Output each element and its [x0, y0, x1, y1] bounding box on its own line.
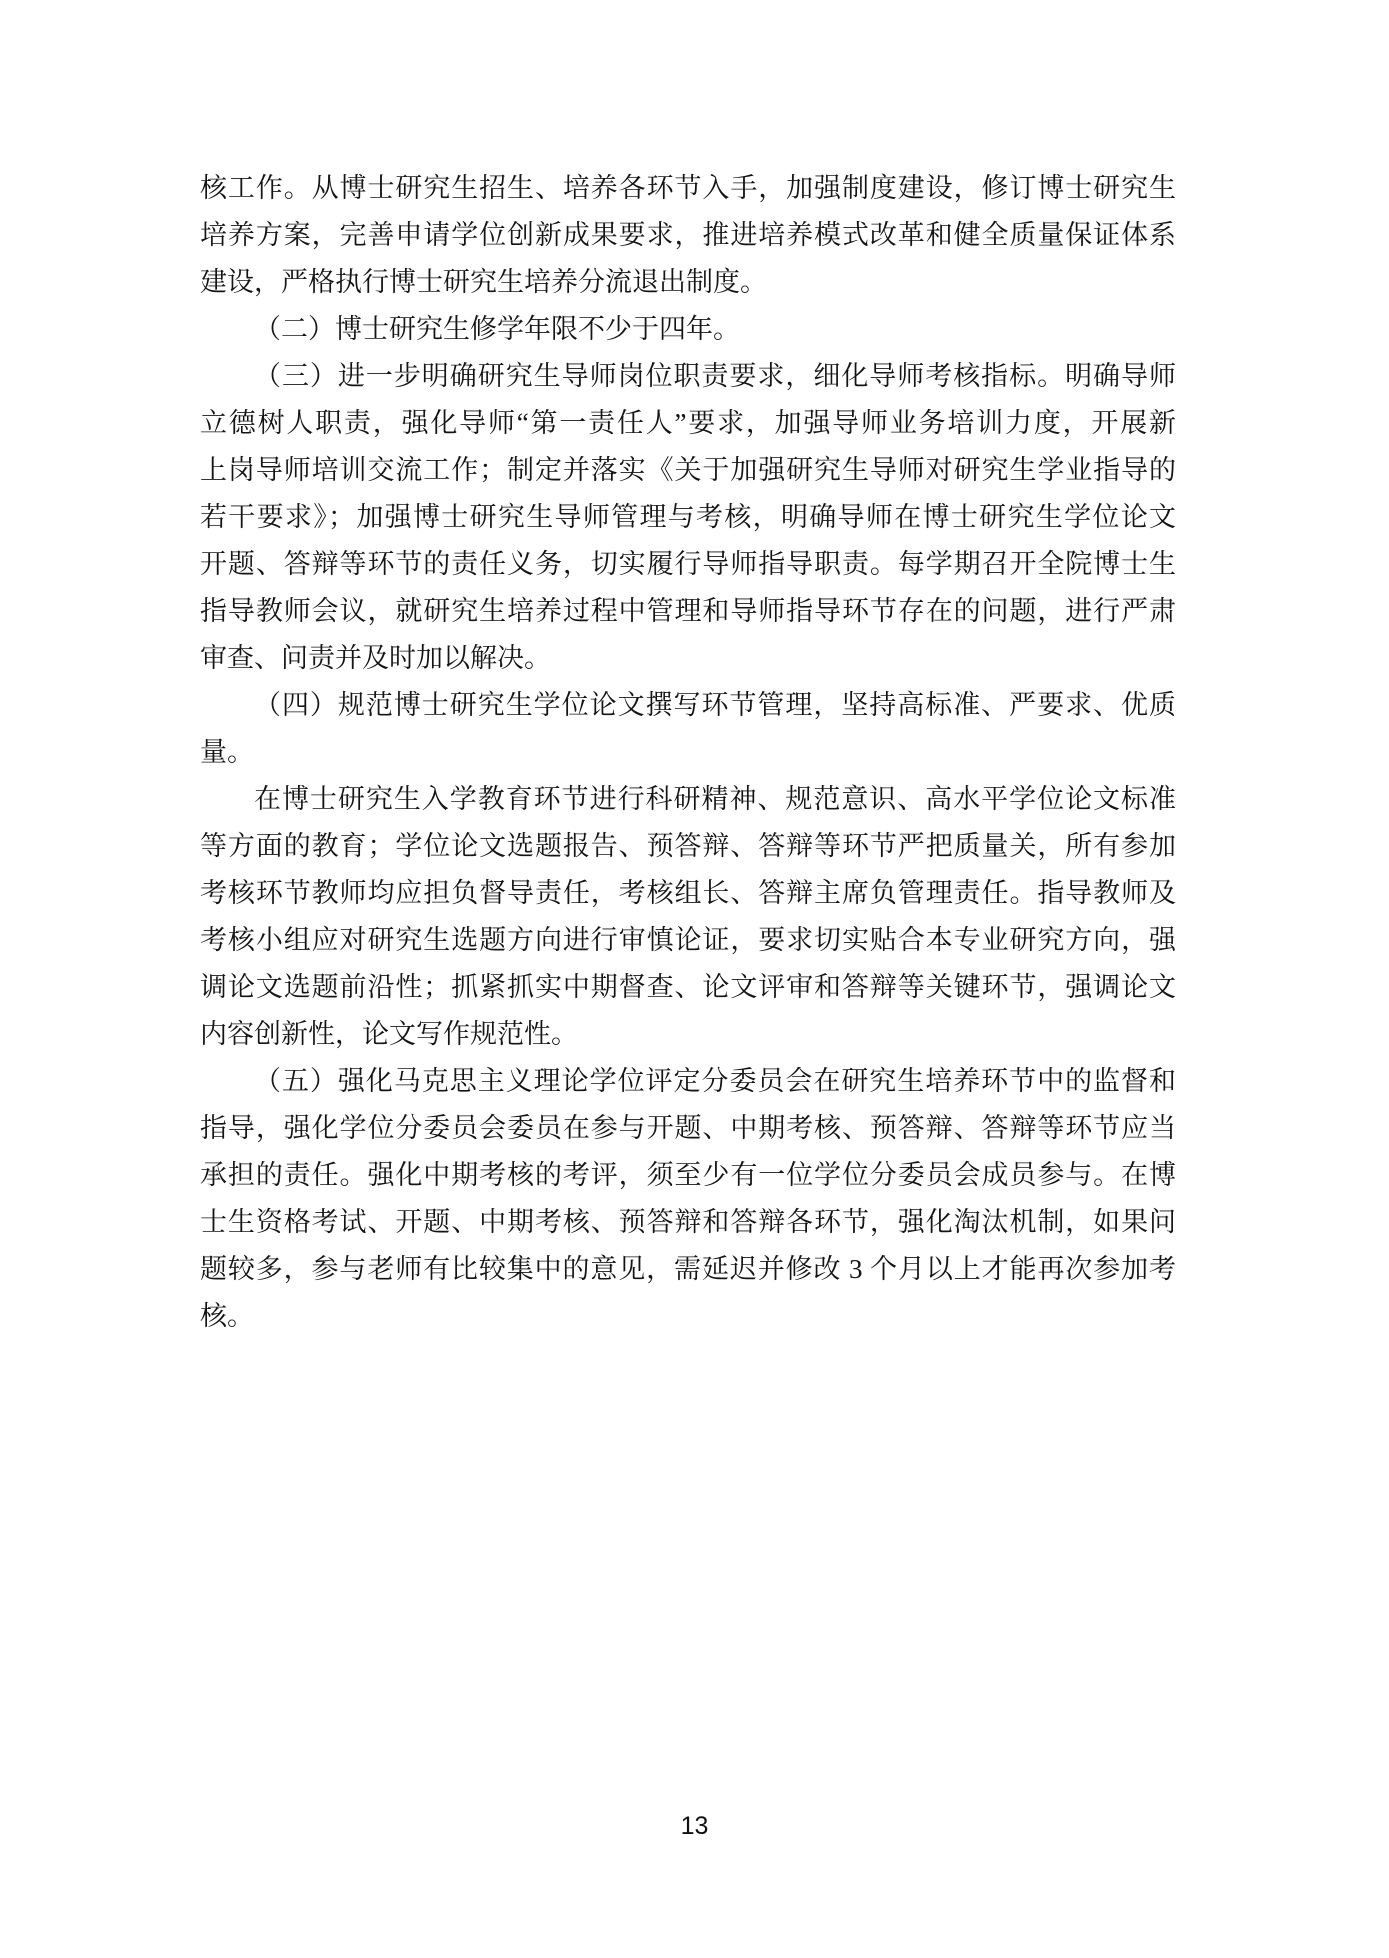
text-line: 承担的责任。强化中期考核的考评，须至少有一位学位分委员会成员参与。在博 [200, 1152, 1176, 1199]
text-line: 指导教师会议，就研究生培养过程中管理和导师指导环节存在的问题，进行严肃 [200, 588, 1176, 635]
page-number: 13 [0, 1812, 1389, 1841]
text-line: （二）博士研究生修学年限不少于四年。 [200, 306, 1176, 353]
paragraph: （五）强化马克思主义理论学位评定分委员会在研究生培养环节中的监督和指导，强化学位… [200, 1058, 1176, 1340]
document-page: 核工作。从博士研究生招生、培养各环节入手，加强制度建设，修订博士研究生培养方案，… [0, 0, 1389, 1958]
text-line: 核工作。从博士研究生招生、培养各环节入手，加强制度建设，修订博士研究生 [200, 165, 1176, 212]
text-line: 立德树人职责，强化导师“第一责任人”要求，加强导师业务培训力度，开展新 [200, 400, 1176, 447]
text-line: 在博士研究生入学教育环节进行科研精神、规范意识、高水平学位论文标准 [200, 776, 1176, 823]
text-line: 审查、问责并及时加以解决。 [200, 635, 1176, 682]
text-line: 上岗导师培训交流工作；制定并落实《关于加强研究生导师对研究生学业指导的 [200, 447, 1176, 494]
text-line: 士生资格考试、开题、中期考核、预答辩和答辩各环节，强化淘汰机制，如果问 [200, 1199, 1176, 1246]
text-line: （三）进一步明确研究生导师岗位职责要求，细化导师考核指标。明确导师 [200, 353, 1176, 400]
text-line: 量。 [200, 729, 1176, 776]
text-line: 若干要求》；加强博士研究生导师管理与考核，明确导师在博士研究生学位论文 [200, 494, 1176, 541]
text-line: 等方面的教育；学位论文选题报告、预答辩、答辩等环节严把质量关，所有参加 [200, 823, 1176, 870]
text-line: 内容创新性，论文写作规范性。 [200, 1011, 1176, 1058]
text-line: （四）规范博士研究生学位论文撰写环节管理，坚持高标准、严要求、优质 [200, 682, 1176, 729]
paragraph: 核工作。从博士研究生招生、培养各环节入手，加强制度建设，修订博士研究生培养方案，… [200, 165, 1176, 306]
text-line: 指导，强化学位分委员会委员在参与开题、中期考核、预答辩、答辩等环节应当 [200, 1105, 1176, 1152]
paragraph: （四）规范博士研究生学位论文撰写环节管理，坚持高标准、严要求、优质量。 [200, 682, 1176, 776]
text-line: 考核环节教师均应担负督导责任，考核组长、答辩主席负管理责任。指导教师及 [200, 870, 1176, 917]
document-body: 核工作。从博士研究生招生、培养各环节入手，加强制度建设，修订博士研究生培养方案，… [200, 165, 1176, 1340]
text-line: 培养方案，完善申请学位创新成果要求，推进培养模式改革和健全质量保证体系 [200, 212, 1176, 259]
text-line: 开题、答辩等环节的责任义务，切实履行导师指导职责。每学期召开全院博士生 [200, 541, 1176, 588]
paragraph: （二）博士研究生修学年限不少于四年。 [200, 306, 1176, 353]
paragraph: 在博士研究生入学教育环节进行科研精神、规范意识、高水平学位论文标准等方面的教育；… [200, 776, 1176, 1058]
text-line: 核。 [200, 1293, 1176, 1340]
paragraph: （三）进一步明确研究生导师岗位职责要求，细化导师考核指标。明确导师立德树人职责，… [200, 353, 1176, 682]
text-line: 题较多，参与老师有比较集中的意见，需延迟并修改 3 个月以上才能再次参加考 [200, 1246, 1176, 1293]
text-line: 调论文选题前沿性；抓紧抓实中期督查、论文评审和答辩等关键环节，强调论文 [200, 964, 1176, 1011]
text-line: 建设，严格执行博士研究生培养分流退出制度。 [200, 259, 1176, 306]
text-line: （五）强化马克思主义理论学位评定分委员会在研究生培养环节中的监督和 [200, 1058, 1176, 1105]
text-line: 考核小组应对研究生选题方向进行审慎论证，要求切实贴合本专业研究方向，强 [200, 917, 1176, 964]
